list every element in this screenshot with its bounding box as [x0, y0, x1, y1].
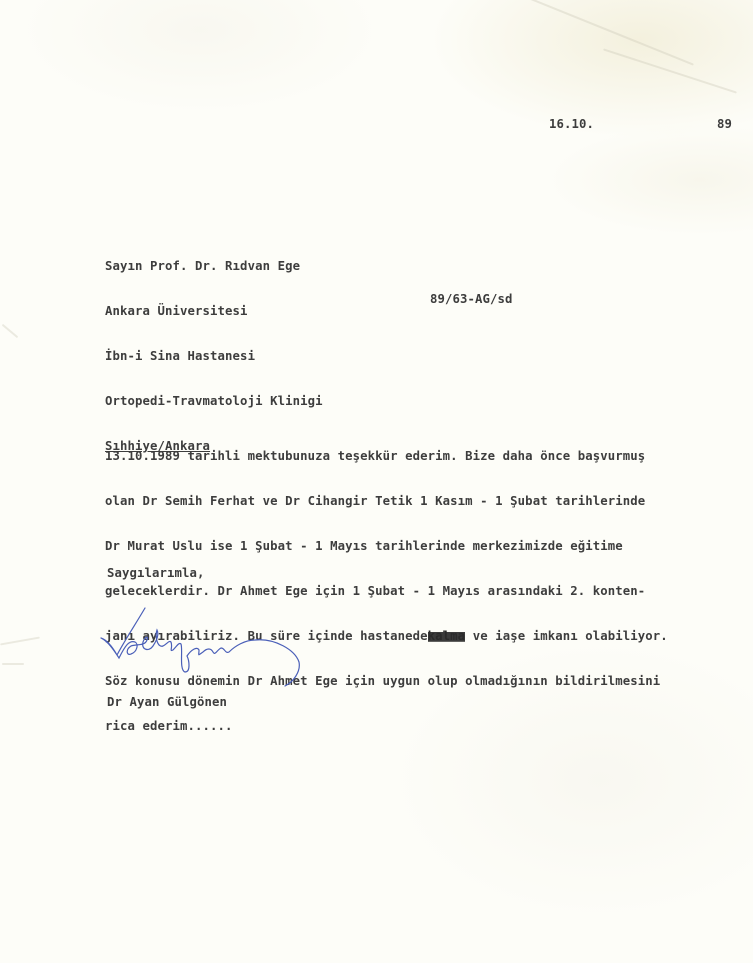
letter-date: 16.10.	[549, 117, 594, 132]
handwritten-signature	[95, 600, 310, 690]
recipient-line: Ankara Üniversitesi	[105, 304, 323, 319]
paper-crease	[2, 663, 24, 665]
signer-name: Dr Ayan Gülgönen	[107, 695, 227, 710]
overtyped-word: kalma	[428, 629, 466, 643]
body-line: rica ederim......	[105, 719, 668, 734]
body-line: 13.10.1989 tarihli mektubunuza teşekkür …	[105, 449, 668, 464]
body-line: Dr Murat Uslu ise 1 Şubat - 1 Mayıs tari…	[105, 539, 668, 554]
recipient-line: Ortopedi-Travmatoloji Klinigi	[105, 394, 323, 409]
letter-year: 89	[717, 117, 732, 132]
recipient-line: Sayın Prof. Dr. Rıdvan Ege	[105, 259, 323, 274]
closing-salutation: Saygılarımla,	[107, 566, 205, 581]
recipient-line: İbn-i Sina Hastanesi	[105, 349, 323, 364]
body-line: geleceklerdir. Dr Ahmet Ege için 1 Şubat…	[105, 584, 668, 599]
body-line: olan Dr Semih Ferhat ve Dr Cihangir Teti…	[105, 494, 668, 509]
reference-number: 89/63-AG/sd	[430, 292, 513, 307]
